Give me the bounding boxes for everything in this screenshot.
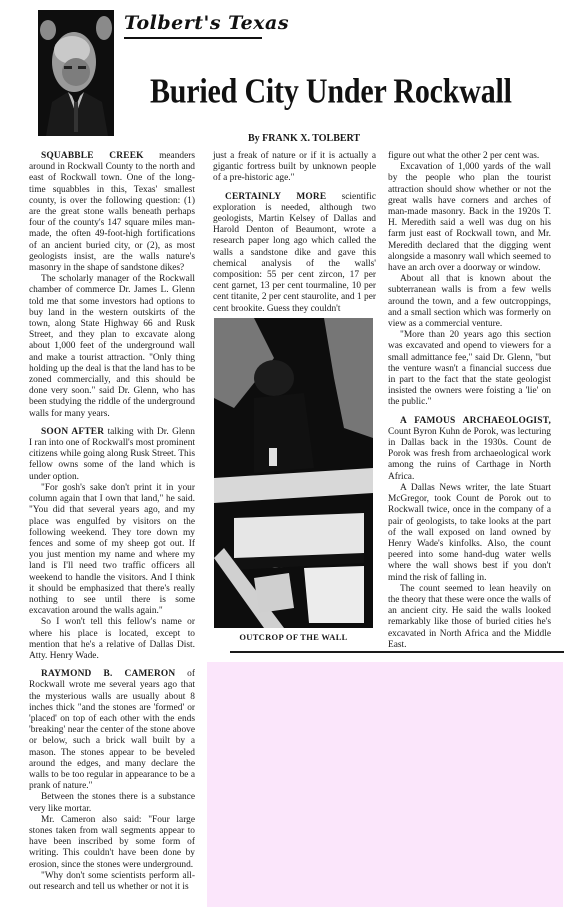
paragraph-text: "Why don't some scientists perform all-o… <box>29 871 195 892</box>
paragraph-text: "For gosh's sake don't print it in your … <box>29 483 195 616</box>
photo-caption: OUTCROP OF THE WALL <box>214 632 373 642</box>
paragraph-text: About all that is known about the subter… <box>388 274 551 329</box>
article-column-3: figure out what the other 2 per cent was… <box>388 151 551 651</box>
portrait-icon <box>38 10 114 136</box>
article-paragraph: "Why don't some scientists perform all-o… <box>29 871 195 893</box>
article-paragraph: So I won't tell this fellow's name or wh… <box>29 617 195 662</box>
article-paragraph: figure out what the other 2 per cent was… <box>388 151 551 162</box>
author-portrait-photo <box>38 10 114 136</box>
paragraph-text: Mr. Cameron also said: "Four large stone… <box>29 815 195 870</box>
pink-overlay-block <box>207 662 563 907</box>
paragraph-text: Between the stones there is a substance … <box>29 792 195 813</box>
section-divider-rule <box>230 651 564 653</box>
headline: Buried City Under Rockwall <box>150 72 470 112</box>
paragraph-text: Count Byron Kuhn de Porok, was lecturing… <box>388 427 551 482</box>
paragraph-text: The count seemed to lean heavily on the … <box>388 584 551 650</box>
paragraph-text: Excavation of 1,000 yards of the wall by… <box>388 162 551 273</box>
article-paragraph: Excavation of 1,000 yards of the wall by… <box>388 162 551 274</box>
article-paragraph: A Dallas News writer, the late Stuart Mc… <box>388 483 551 584</box>
column-title: Tolbert's Texas <box>124 12 264 39</box>
paragraph-lead-in: CERTAINLY MORE <box>225 192 326 202</box>
article-paragraph: RAYMOND B. CAMERON of Rockwall wrote me … <box>29 669 195 792</box>
article-paragraph: The scholarly manager of the Rockwall ch… <box>29 274 195 420</box>
paragraph-text: just a freak of nature or if it is actua… <box>213 151 376 183</box>
paragraph-text: figure out what the other 2 per cent was… <box>388 151 539 161</box>
article-paragraph: Mr. Cameron also said: "Four large stone… <box>29 815 195 871</box>
article-paragraph: just a freak of nature or if it is actua… <box>213 151 376 185</box>
paragraph-text: scientific exploration is needed, althou… <box>213 192 376 314</box>
article-paragraph: SOON AFTER talking with Dr. Glenn I ran … <box>29 427 195 483</box>
article-paragraph: "For gosh's sake don't print it in your … <box>29 483 195 617</box>
paragraph-text: meanders around in Rockwall County to th… <box>29 151 195 273</box>
paragraph-text: So I won't tell this fellow's name or wh… <box>29 617 195 661</box>
article-paragraph: CERTAINLY MORE scientific exploration is… <box>213 192 376 315</box>
byline: By FRANK X. TOLBERT <box>248 133 360 144</box>
paragraph-lead-in: SQUABBLE CREEK <box>41 151 144 161</box>
paragraph-text: A Dallas News writer, the late Stuart Mc… <box>388 483 551 583</box>
article-paragraph: A FAMOUS ARCHAEOLOGIST, Count Byron Kuhn… <box>388 416 551 483</box>
article-column-1: SQUABBLE CREEK meanders around in Rockwa… <box>29 151 195 893</box>
article-column-2: just a freak of nature or if it is actua… <box>213 151 376 315</box>
article-paragraph: SQUABBLE CREEK meanders around in Rockwa… <box>29 151 195 274</box>
column-name: Tolbert's Texas <box>124 12 264 34</box>
article-paragraph: The count seemed to lean heavily on the … <box>388 584 551 651</box>
outcrop-photo <box>214 318 373 628</box>
paragraph-text: "More than 20 years ago this section was… <box>388 330 551 407</box>
outcrop-photo-icon <box>214 318 373 628</box>
article-paragraph: "More than 20 years ago this section was… <box>388 330 551 408</box>
paragraph-lead-in: RAYMOND B. CAMERON <box>41 669 175 679</box>
paragraph-lead-in: A FAMOUS ARCHAEOLOGIST, <box>400 416 551 426</box>
paragraph-text: of Rockwall wrote me several years ago t… <box>29 669 195 791</box>
paragraph-lead-in: SOON AFTER <box>41 427 104 437</box>
article-paragraph: About all that is known about the subter… <box>388 274 551 330</box>
paragraph-text: The scholarly manager of the Rockwall ch… <box>29 274 195 418</box>
column-title-rule <box>124 37 262 39</box>
article-paragraph: Between the stones there is a substance … <box>29 792 195 814</box>
